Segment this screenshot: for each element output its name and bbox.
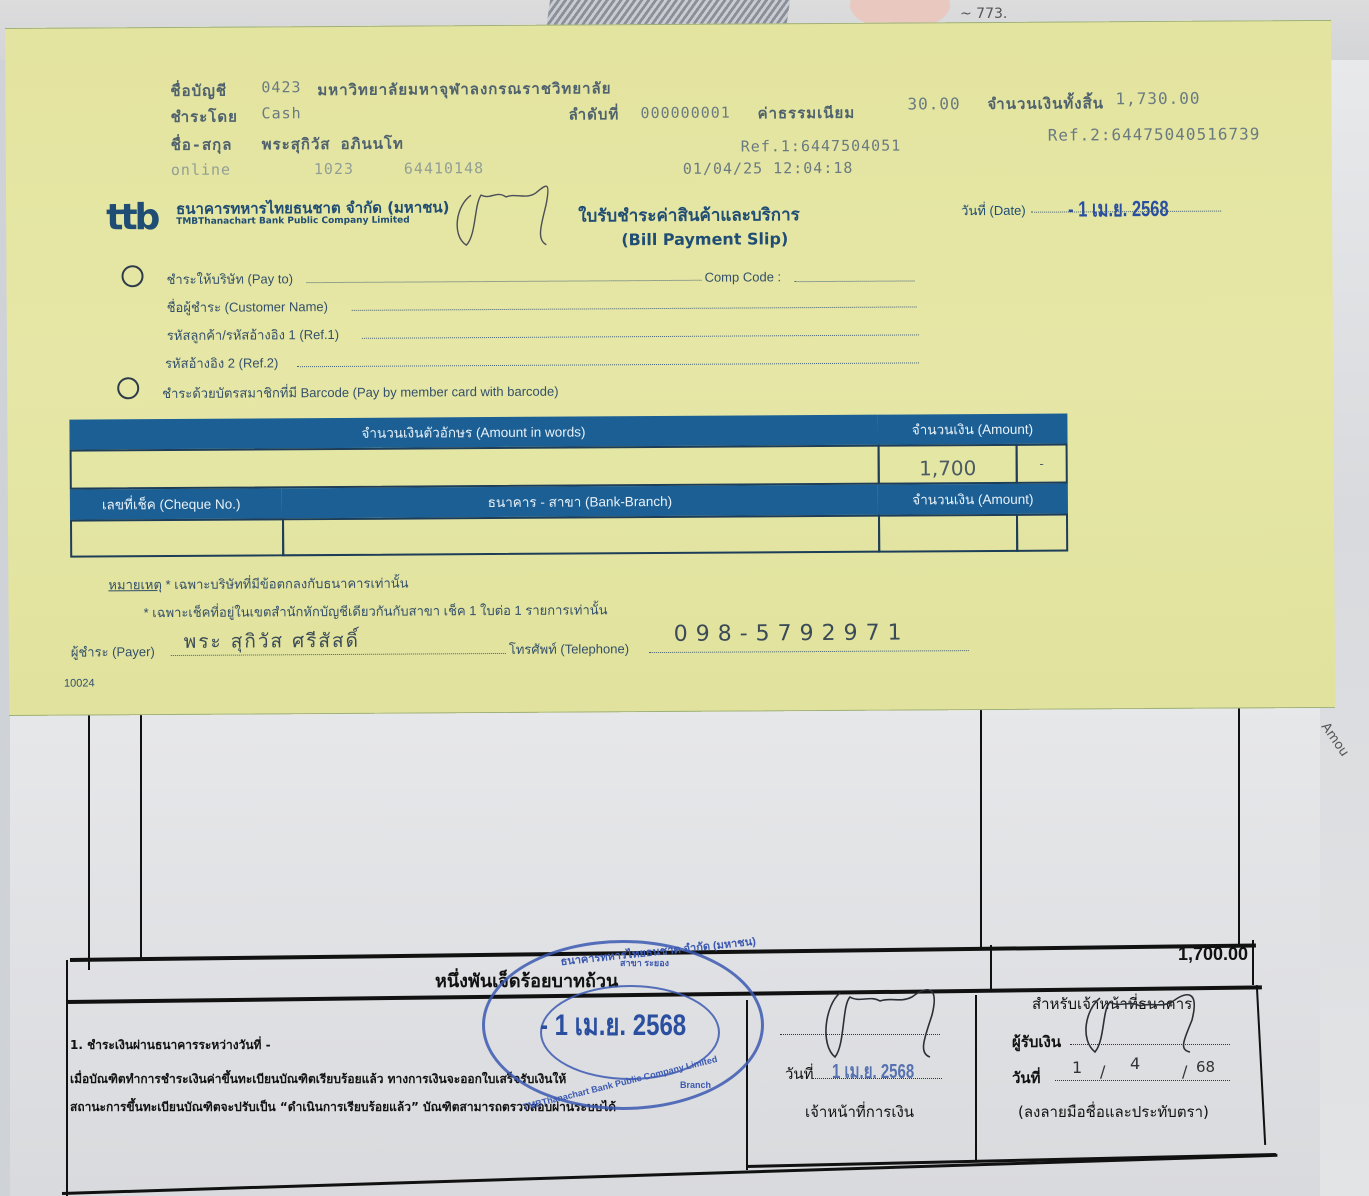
payer-label: ผู้ชำระ (Payer) [71, 641, 155, 663]
total-value: 1,730.00 [1115, 89, 1200, 109]
note-label: หมายเหตุ [108, 577, 162, 592]
date-label: วันที่ (Date) [961, 200, 1026, 221]
bank-date-day: 1 [1072, 1058, 1082, 1077]
form-code: 10024 [64, 677, 95, 689]
ref2-printed: Ref.2:64475040516739 [1048, 124, 1261, 144]
pay-to-label: ชำระให้บริษัท (Pay to) [166, 268, 293, 290]
telephone-label: โทรศัพท์ (Telephone) [509, 638, 629, 660]
comp-code-label: Comp Code : [704, 269, 781, 284]
customer-name-line[interactable] [352, 306, 917, 310]
finance-signature-icon [800, 975, 950, 1065]
member-card-label: ชำระด้วยบัตรสมาชิกที่มี Barcode (Pay by … [162, 381, 558, 404]
bank-branch-field[interactable] [282, 515, 880, 557]
receipt-border-left [66, 960, 68, 1196]
receipt-instruction-1: 1. ชำระเงินผ่านธนาคารระหว่างวันที่ - [70, 1036, 271, 1055]
stamp-date: - 1 เม.ย. 2568 [540, 1002, 686, 1049]
amount-satang-value: - [1039, 457, 1043, 471]
amount-words-field[interactable] [70, 445, 880, 490]
receipt-divider [1238, 700, 1240, 945]
receipt-instruction-2: เมื่อบัณฑิตทำการชำระเงินค่าขึ้นทะเบียนบั… [70, 1070, 566, 1089]
amount-field[interactable]: 1,700 [878, 444, 1018, 485]
slip-title-en: (Bill Payment Slip) [621, 229, 788, 249]
receipt-amount: 1,700.00 [1178, 944, 1248, 965]
finance-date-label: วันที่ [785, 1062, 814, 1086]
receipt-divider [1252, 940, 1254, 985]
channel: online [171, 161, 231, 179]
signature-icon [436, 175, 566, 256]
amount-value: 1,700 [919, 456, 976, 480]
receiver-label: ผู้รับเงิน [1012, 1030, 1061, 1054]
stamp-sub-text: Branch [680, 1080, 711, 1090]
bank-branch-header: ธนาคาร - สาขา (Bank-Branch) [282, 485, 878, 519]
receipt-divider [990, 945, 992, 990]
payment-table: จำนวนเงินตัวอักษร (Amount in words) จำนว… [69, 414, 1068, 560]
amount2-satang-field[interactable] [1016, 514, 1068, 552]
bank-date-year: 68 [1196, 1058, 1215, 1076]
date-separator: / [1182, 1062, 1187, 1081]
note-2: * เฉพาะเช็คที่อยู่ในเขตสำนักหักบัญชีเดีย… [144, 599, 608, 623]
slip-title-th: ใบรับชำระค่าสินค้าและบริการ [578, 201, 800, 229]
option-member-card-radio[interactable] [117, 377, 139, 399]
fee-value: 30.00 [907, 94, 960, 113]
receipt-divider [140, 700, 142, 960]
paid-by-label: ชำระโดย [170, 105, 237, 129]
note-1-text: * เฉพาะบริษัทที่มีข้อตกลงกับธนาคารเท่านั… [165, 576, 408, 592]
sequence-no: 000000001 [640, 104, 730, 123]
receiver-signature-icon [1060, 980, 1210, 1060]
account-code: 0423 [261, 78, 301, 96]
ref1-printed: Ref.1:6447504051 [741, 137, 902, 156]
sequence-label: ลำดับที่ [568, 102, 619, 126]
ref2-line[interactable] [297, 362, 919, 367]
ref1-line[interactable] [362, 334, 919, 338]
branch-code: 1023 [314, 160, 354, 178]
ttb-logo: ttb [106, 197, 157, 238]
account-label: ชื่อบัญชี [170, 79, 227, 103]
amount-satang-field[interactable]: - [1016, 444, 1068, 484]
bank-date-line [1055, 1080, 1230, 1081]
bank-date-label: วันที่ [1012, 1066, 1041, 1090]
paid-by-value: Cash [261, 104, 301, 122]
print-datetime: 01/04/25 12:04:18 [683, 159, 854, 178]
finance-officer-label: เจ้าหน้าที่การเงิน [805, 1100, 914, 1124]
sign-note: (ลงลายมือชื่อและประทับตรา) [1018, 1100, 1209, 1124]
option-pay-to-radio[interactable] [121, 265, 143, 287]
bill-payment-slip: ชื่อบัญชี 0423 มหาวิทยาลัยมหาจุฬาลงกรณรา… [5, 20, 1335, 716]
cheque-no-field[interactable] [70, 518, 284, 557]
date-separator: / [1100, 1062, 1105, 1081]
amount-header: จำนวนเงิน (Amount) [877, 414, 1067, 445]
amount-words-header: จำนวนเงินตัวอักษร (Amount in words) [69, 415, 877, 450]
telephone-line[interactable] [649, 650, 969, 653]
payer-value: พระ สุกิวัส ศรีสัสดิ์ [184, 626, 360, 657]
telephone-value: 098-5792971 [674, 620, 910, 646]
pay-to-line[interactable] [307, 280, 702, 283]
comp-code-line[interactable] [795, 280, 915, 282]
name-value: พระสุกิวัส อภินนโท [262, 132, 404, 157]
stamp-branch-text: สาขา ระยอง [620, 956, 669, 970]
date-value: - 1 เม.ย. 2568 [1068, 191, 1169, 227]
finance-date-line [812, 1078, 942, 1079]
background-scribble: ~ 773. [960, 6, 1007, 22]
ref2-label: รหัสอ้างอิง 2 (Ref.2) [165, 352, 278, 374]
ref1-label: รหัสลูกค้า/รหัสอ้างอิง 1 (Ref.1) [167, 324, 339, 346]
receipt-divider [980, 700, 982, 950]
customer-name-label: ชื่อผู้ชำระ (Customer Name) [167, 296, 328, 318]
account-name: มหาวิทยาลัยมหาจุฬาลงกรณราชวิทยาลัย [317, 76, 611, 102]
name-label: ชื่อ-สกุล [171, 133, 233, 157]
amount2-header: จำนวนเงิน (Amount) [878, 484, 1068, 515]
amount2-field[interactable] [878, 514, 1018, 553]
cheque-no-header: เลขที่เช็ค (Cheque No.) [70, 488, 282, 519]
bank-name-en: TMBThanachart Bank Public Company Limite… [176, 216, 410, 227]
receipt-border-left [88, 700, 90, 970]
receipt-divider [975, 995, 977, 1160]
note-1: หมายเหตุ * เฉพาะบริษัทที่มีข้อตกลงกับธนา… [108, 573, 408, 596]
total-label: จำนวนเงินทั้งสิ้น [987, 91, 1104, 116]
fee-label: ค่าธรรมเนียม [757, 101, 855, 126]
